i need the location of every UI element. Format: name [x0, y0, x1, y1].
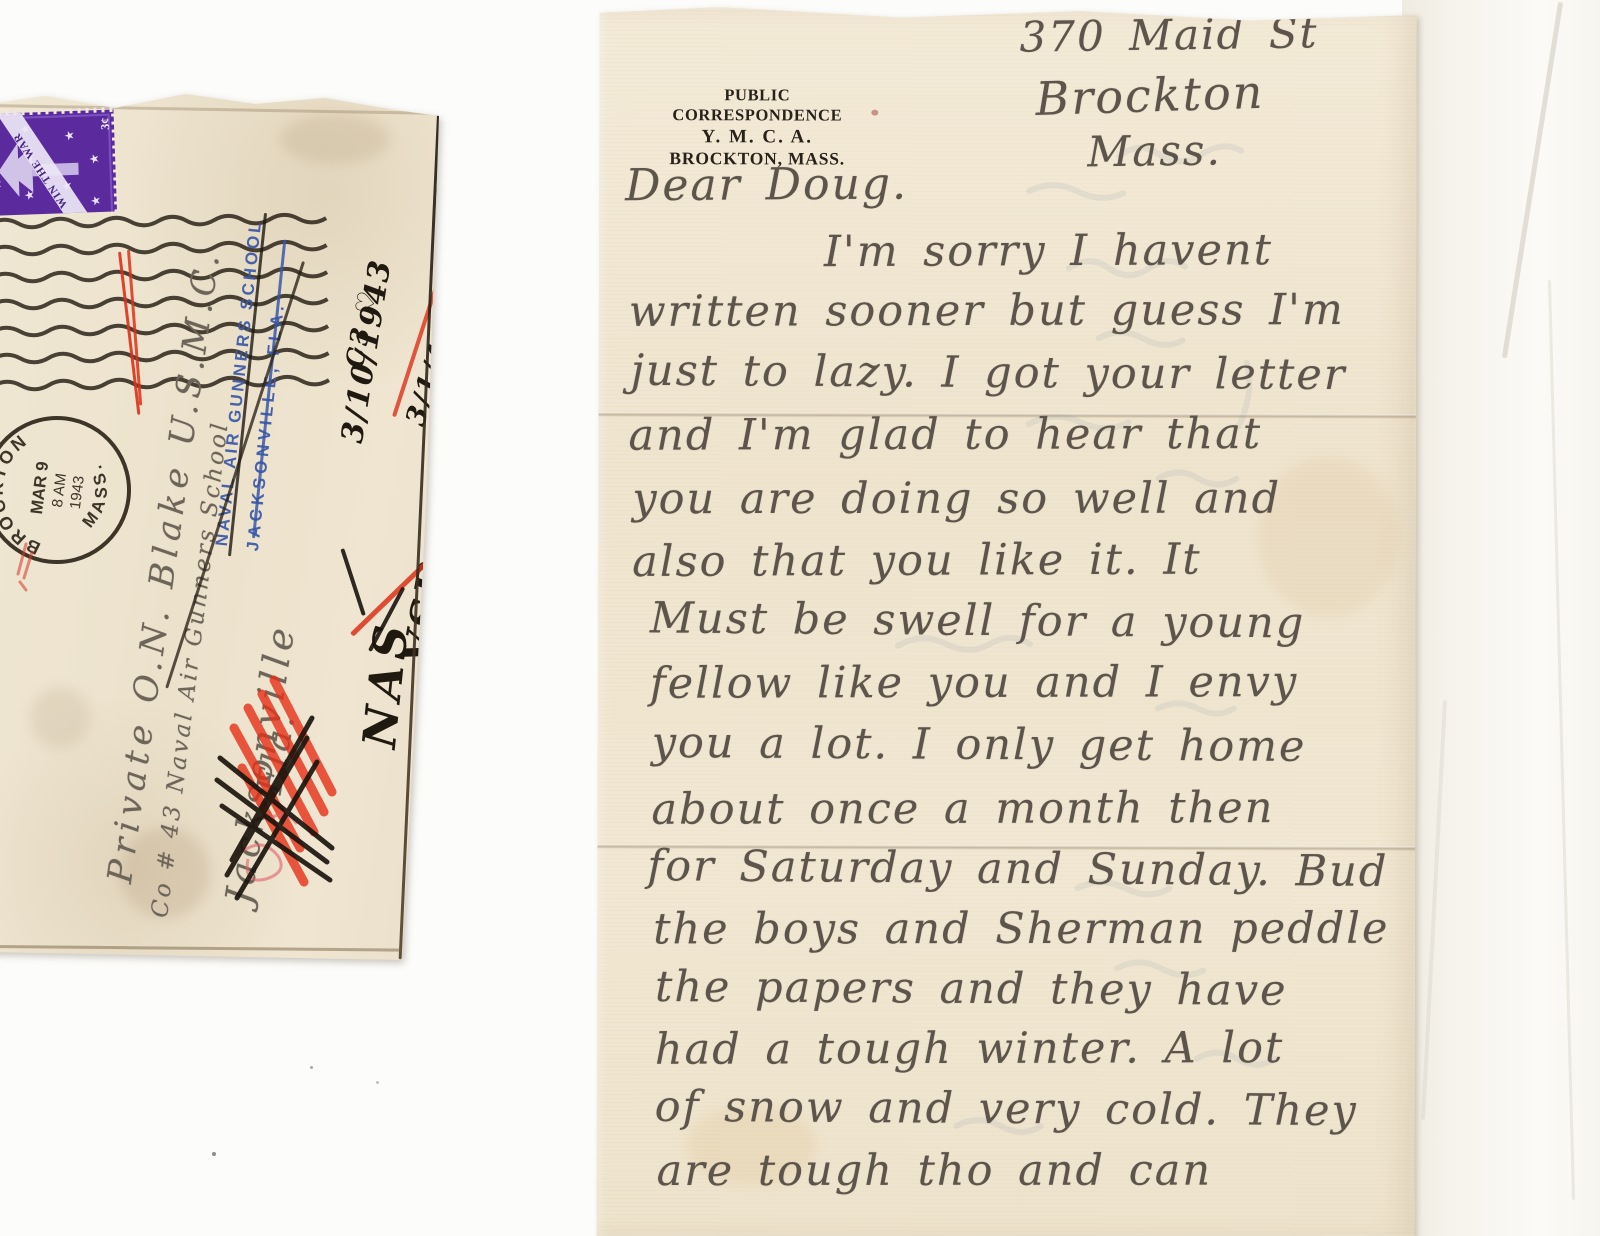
dust-speck	[212, 1152, 216, 1156]
postage-stamp: ★★ ★★ ★★ ★★ WIN THE WAR 3¢ 3¢	[0, 91, 120, 218]
postmark-year: 1943	[67, 475, 88, 510]
letterhead-line2: Y. M. C. A.	[637, 125, 877, 149]
letter-line: you are doing so well and	[632, 474, 1281, 525]
black-x-stroke	[340, 548, 365, 616]
letter-line: fellow like you and I envy	[650, 657, 1298, 709]
return-address-line2: Brockton	[1035, 65, 1266, 126]
return-address-line1: 370 Maid St	[1019, 8, 1319, 61]
envelope-stain	[280, 114, 390, 164]
annotation-emb: 3/1/43 EMB	[400, 232, 491, 429]
letter-line: you a lot. I only get home	[652, 718, 1307, 772]
scanned-letter-page: { "letter": { "letterhead": { "line1": "…	[0, 0, 1600, 1236]
envelope-right-edge	[399, 114, 440, 959]
envelope-stain	[30, 688, 90, 748]
dust-speck	[310, 1066, 313, 1069]
backing-crease	[1421, 700, 1447, 1120]
backing-crease	[1502, 2, 1563, 358]
letter-line: had a tough winter. A lot	[655, 1023, 1285, 1075]
salutation: Dear Doug.	[625, 159, 908, 212]
backing-crease	[1548, 280, 1575, 1200]
letter-line: the boys and Sherman peddle	[653, 904, 1389, 955]
dust-speck	[376, 1081, 379, 1084]
postmark: BROCKTON MASS. MAR 9 8 AM 1943	[0, 410, 137, 570]
letter-line: and I'm glad to hear that	[628, 409, 1262, 461]
svg-text:★: ★	[88, 195, 102, 206]
letterhead: PUBLIC CORRESPONDENCE Y. M. C. A. BROCKT…	[637, 85, 877, 170]
annotation-vsb: VSB	[393, 554, 460, 668]
svg-text:★: ★	[0, 179, 4, 190]
letter-line: written sooner but guess I'm	[629, 285, 1345, 337]
letter-line: also that you like it. It	[632, 535, 1202, 587]
stamp-denomination: 3¢	[98, 118, 112, 130]
letter-line: the papers and they have	[655, 962, 1288, 1016]
stamp-art: ★★ ★★ ★★ ★★ WIN THE WAR 3¢ 3¢	[0, 93, 118, 216]
letter-line: just to lazy. I got your letter	[631, 346, 1347, 400]
letterhead-line1: PUBLIC CORRESPONDENCE	[637, 85, 877, 126]
letter-line: I'm sorry I havent	[824, 225, 1273, 277]
letter-line: for Saturday and Sunday. Bud	[647, 841, 1388, 897]
svg-text:★: ★	[87, 153, 101, 164]
letter-line: Must be swell for a young	[650, 593, 1306, 648]
letter-line: are tough tho and can	[657, 1146, 1213, 1196]
svg-text:★: ★	[62, 130, 76, 141]
letter-line: about once a month then	[651, 783, 1274, 835]
backing-sheet	[1402, 0, 1600, 1236]
return-address-line3: Mass.	[1087, 125, 1222, 176]
letter-sheet: PUBLIC CORRESPONDENCE Y. M. C. A. BROCKT…	[596, 5, 1417, 1236]
envelope: ★★ ★★ ★★ ★★ WIN THE WAR 3¢ 3¢	[0, 88, 455, 968]
envelope-bottom-edge	[0, 945, 402, 952]
letter-line: of snow and very cold. They	[655, 1082, 1358, 1136]
svg-text:★: ★	[22, 189, 36, 200]
